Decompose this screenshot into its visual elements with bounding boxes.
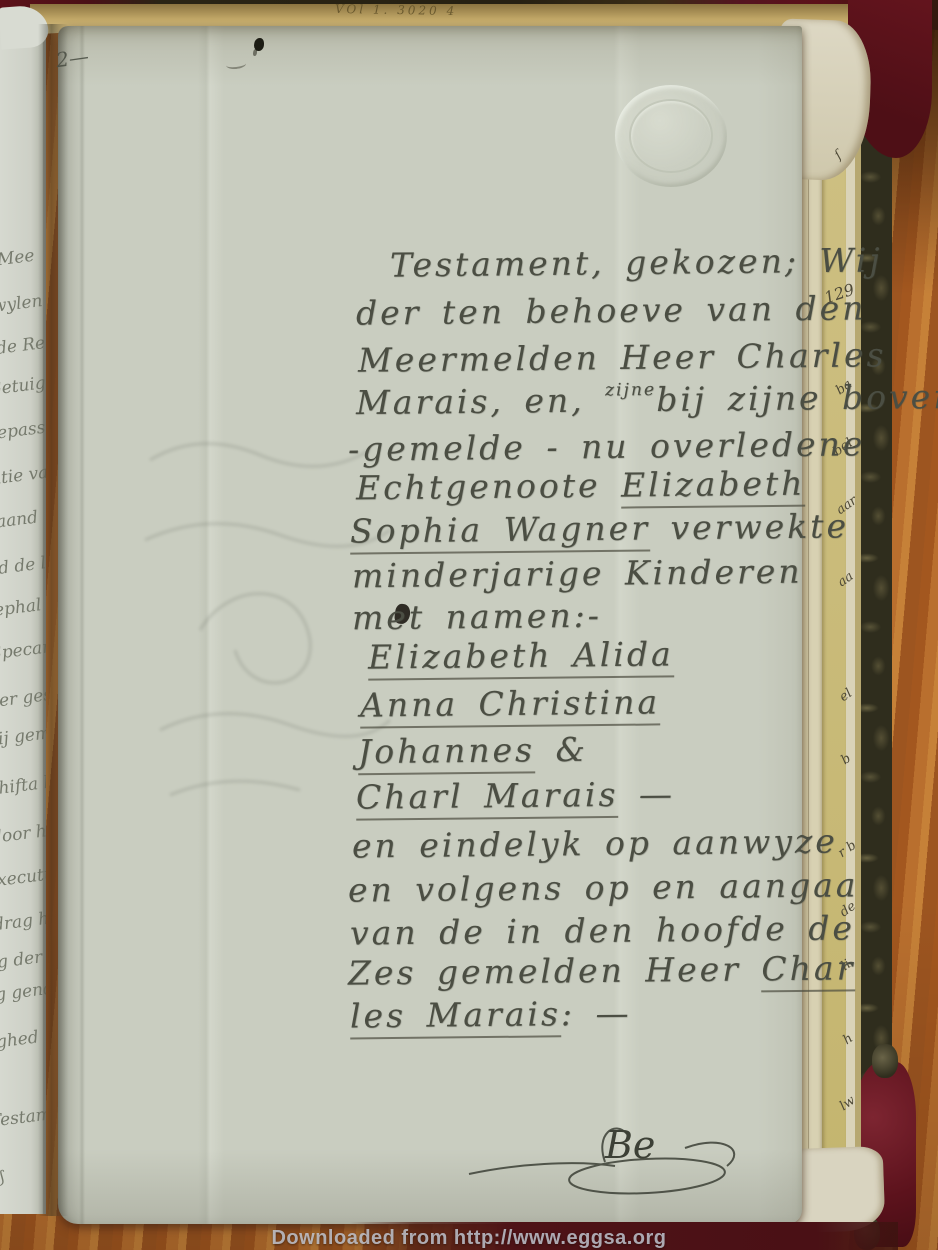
marbled-cover-fragment xyxy=(872,1044,898,1078)
manuscript-page: 2— Be xyxy=(58,26,802,1224)
book-gutter-shadow xyxy=(38,24,68,1216)
photographed-manuscript-page: VOl 1. 3020 4 ſ129babelaaraaelbr bdelihl… xyxy=(0,0,938,1250)
embossed-seal xyxy=(615,85,727,187)
watermark-text: Downloaded from http://www.eggsa.org xyxy=(0,1227,938,1250)
embossed-seal-ring xyxy=(629,99,713,173)
page-edge-strip xyxy=(855,100,861,1180)
page-edge-strip xyxy=(801,36,808,1218)
ink-blot xyxy=(254,38,264,51)
page-edge-strip xyxy=(846,70,855,1200)
marbled-cover-edge xyxy=(856,90,892,1160)
signature-initials: Be xyxy=(604,1123,655,1167)
signature-flourish: Be xyxy=(455,1100,795,1210)
show-through-handwriting xyxy=(140,400,400,820)
page-edge-strip-yellowed xyxy=(822,52,846,1208)
page-edge-strip xyxy=(808,34,823,1214)
ink-smudge xyxy=(226,59,247,70)
top-edge-inscription: VOl 1. 3020 4 xyxy=(335,2,457,18)
